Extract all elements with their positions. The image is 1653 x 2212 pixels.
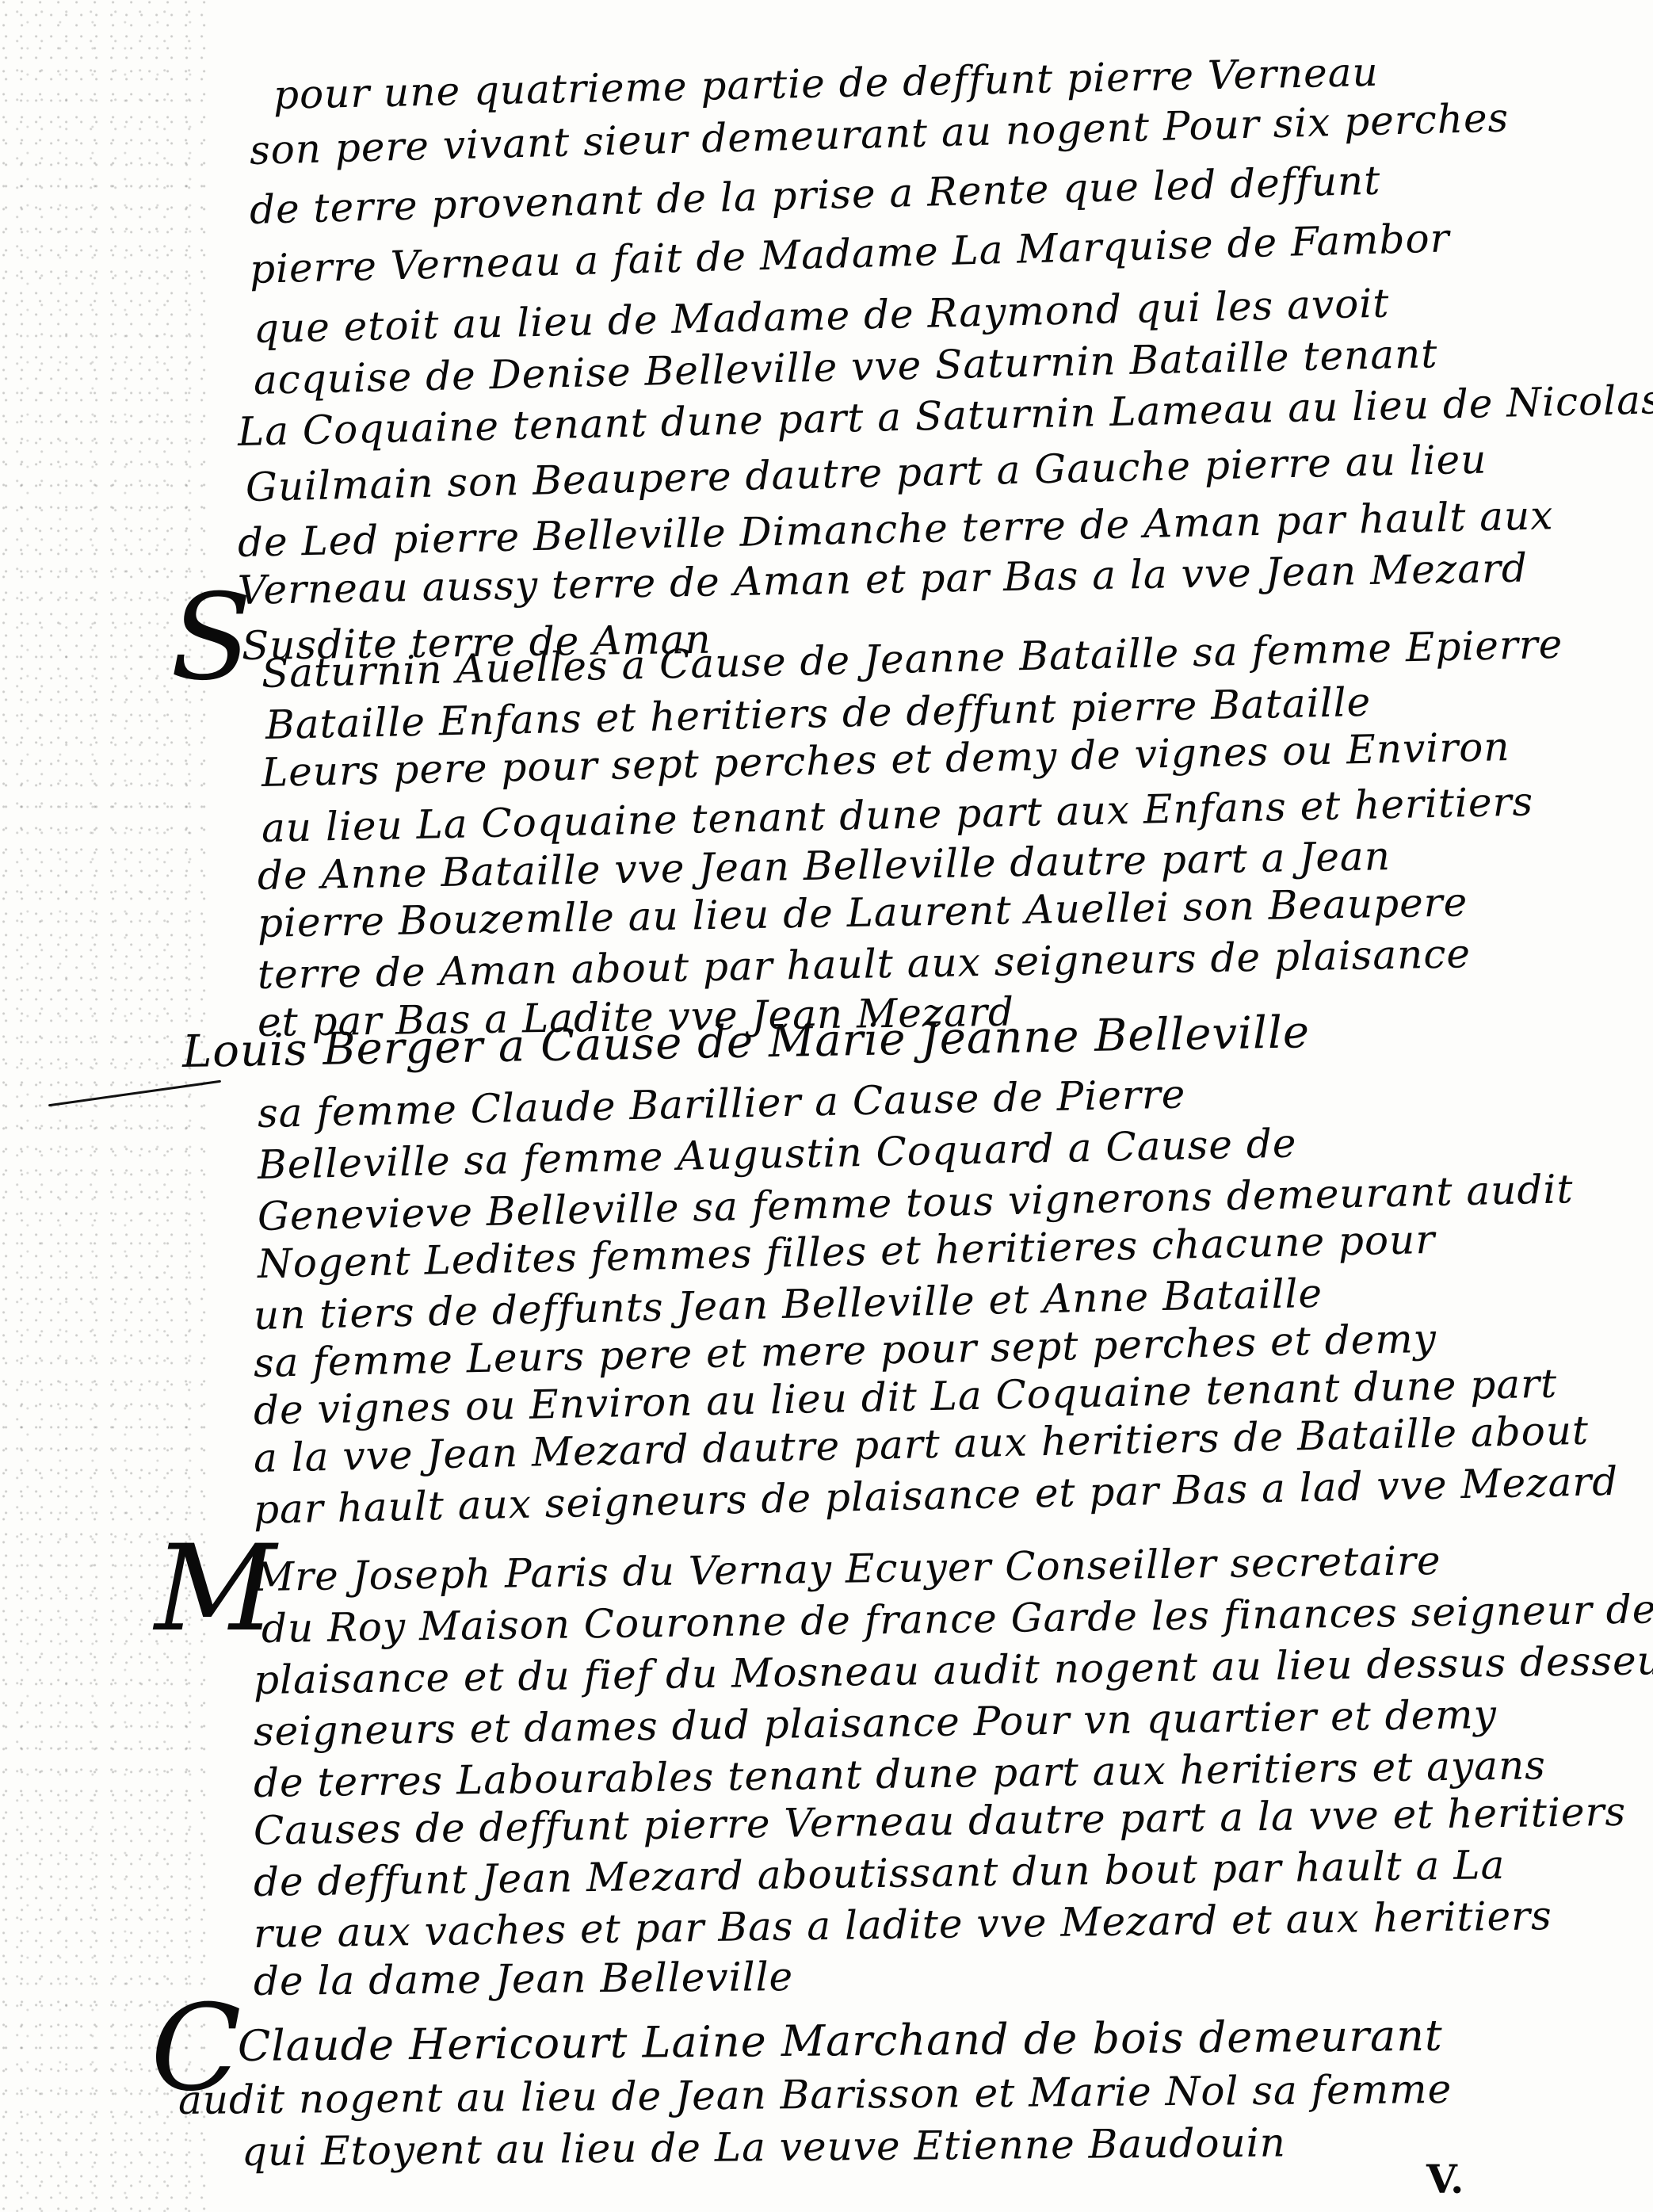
text-line: de deffunt Jean Mezard aboutissant dun b…: [254, 1845, 1506, 1902]
text-line: pierre Verneau a fait de Madame La Marqu…: [249, 218, 1450, 289]
text-line: seigneurs et dames dud plaisance Pour vn…: [254, 1694, 1498, 1752]
text-line: Claude Hericourt Laine Marchand de bois …: [238, 2015, 1443, 2068]
page-mark: V.: [1426, 2156, 1464, 2202]
text-line: rue aux vaches et par Bas a ladite vve M…: [254, 1896, 1552, 1954]
margin-speckle: [0, 0, 206, 2212]
text-line: du Roy Maison Couronne de france Garde l…: [262, 1589, 1653, 1648]
initial-flourish: S: [170, 579, 252, 697]
text-line: de terre provenant de la prise a Rente q…: [249, 161, 1381, 230]
manuscript-page: pour une quatrieme partie de deffunt pie…: [0, 0, 1653, 2212]
text-line: plaisance et du fief du Mosneau audit no…: [254, 1640, 1653, 1700]
text-line: qui Etoyent au lieu de La veuve Etienne …: [242, 2123, 1286, 2172]
text-line: Mre Joseph Paris du Vernay Ecuyer Consei…: [254, 1541, 1441, 1597]
text-line: audit nogent au lieu de Jean Barisson et…: [178, 2069, 1453, 2120]
text-line: de la dame Jean Belleville: [254, 1957, 794, 2001]
text-line: sa femme Claude Barillier a Cause de Pie…: [257, 1074, 1185, 1133]
